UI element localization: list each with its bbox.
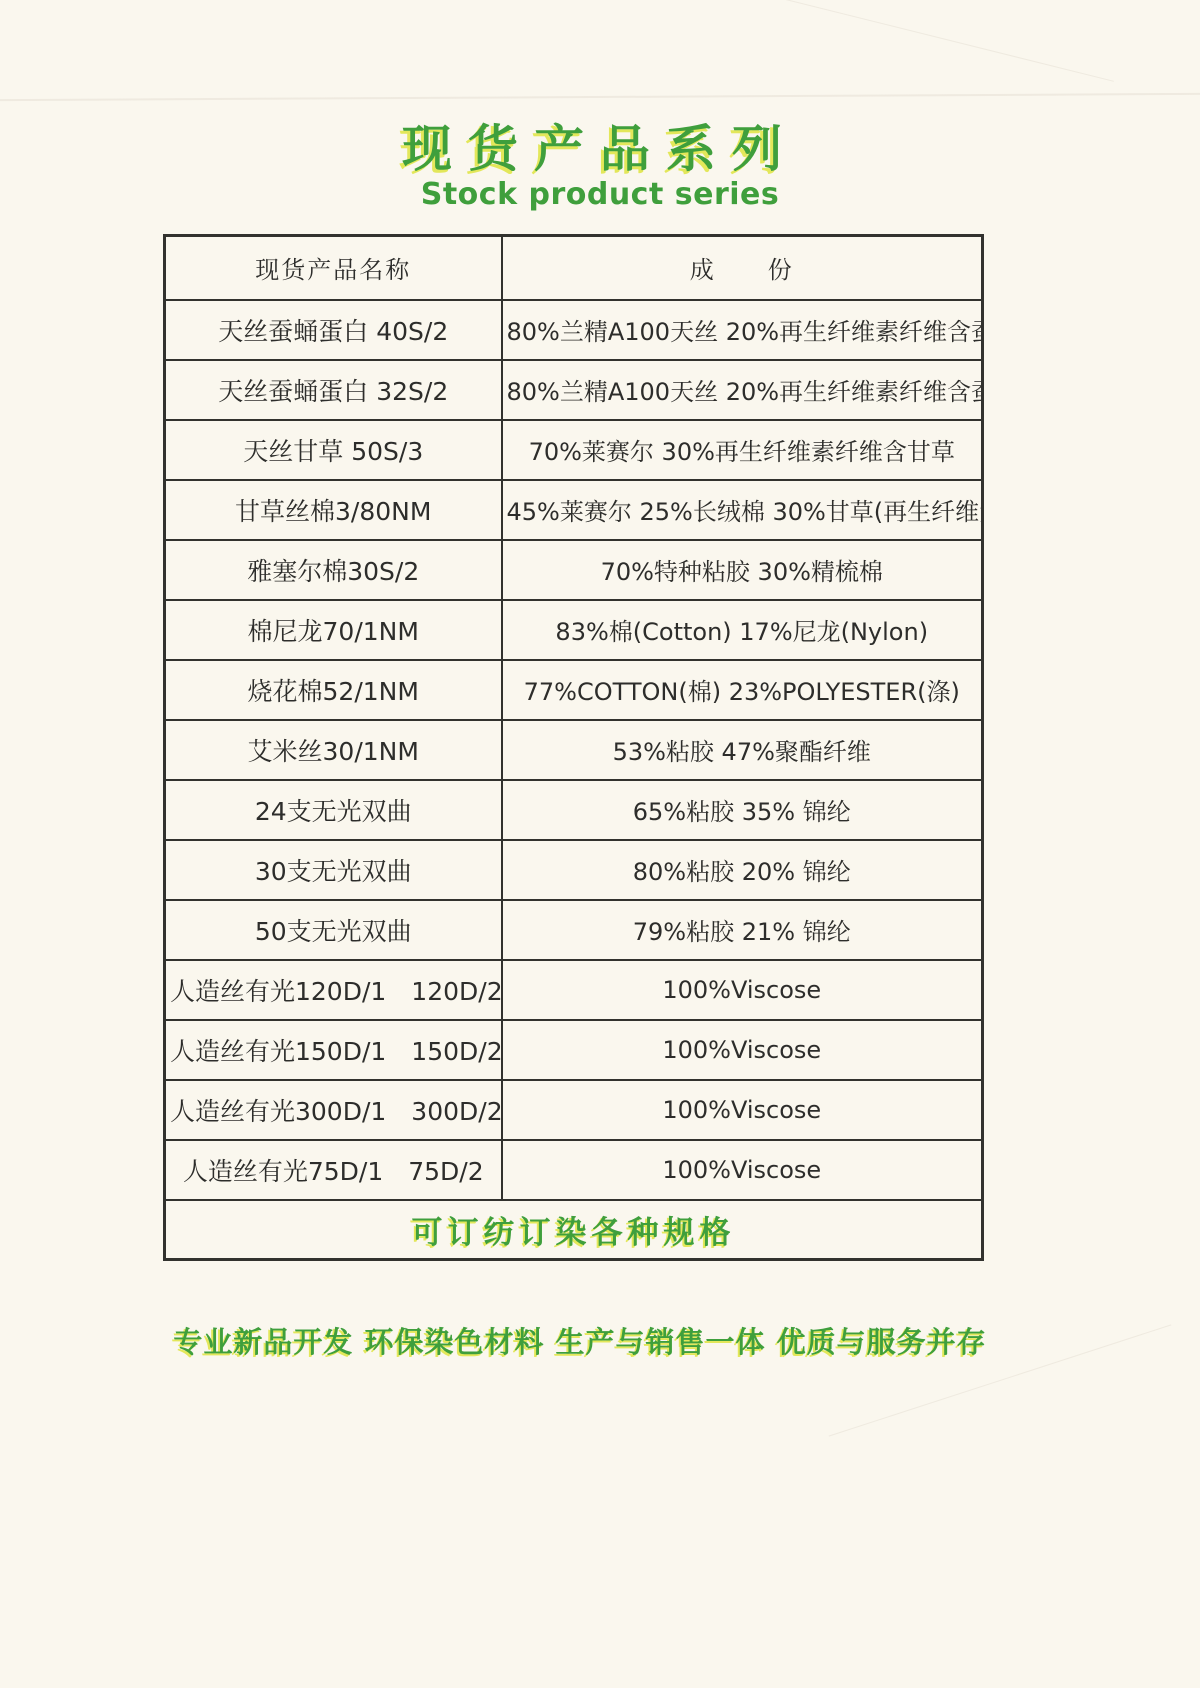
table-row: 人造丝有光300D/1 300D/2100%Viscose <box>165 1080 983 1140</box>
composition-cell: 79%粘胶 21% 锦纶 <box>502 900 983 960</box>
composition-cell: 77%COTTON(棉) 23%POLYESTER(涤) <box>502 660 983 720</box>
table-row: 天丝蚕蛹蛋白 32S/280%兰精A100天丝 20%再生纤维素纤维含蚕蛹蛋白 <box>165 360 983 420</box>
table-row: 人造丝有光75D/1 75D/2100%Viscose <box>165 1140 983 1200</box>
page-subtitle: Stock product series <box>0 180 1200 210</box>
table-row: 甘草丝棉3/80NM45%莱赛尔 25%长绒棉 30%甘草(再生纤维素纤维) <box>165 480 983 540</box>
product-name-cell: 棉尼龙70/1NM <box>165 600 502 660</box>
product-name-cell: 天丝蚕蛹蛋白 32S/2 <box>165 360 502 420</box>
composition-cell: 70%特种粘胶 30%精梳棉 <box>502 540 983 600</box>
paper-crease <box>0 93 1200 101</box>
table-row: 人造丝有光120D/1 120D/2100%Viscose <box>165 960 983 1020</box>
table-row: 50支无光双曲79%粘胶 21% 锦纶 <box>165 900 983 960</box>
column-header-composition: 成 份 <box>502 236 983 300</box>
composition-cell: 100%Viscose <box>502 960 983 1020</box>
table-row: 棉尼龙70/1NM83%棉(Cotton) 17%尼龙(Nylon) <box>165 600 983 660</box>
product-name-cell: 艾米丝30/1NM <box>165 720 502 780</box>
footer-note: 可订纺订染各种规格 <box>165 1200 983 1260</box>
page-title: 现货产品系列 <box>0 124 1200 174</box>
composition-cell: 83%棉(Cotton) 17%尼龙(Nylon) <box>502 600 983 660</box>
table-row: 雅塞尔棉30S/270%特种粘胶 30%精梳棉 <box>165 540 983 600</box>
composition-cell: 100%Viscose <box>502 1020 983 1080</box>
product-table-wrap: 现货产品名称 成 份 天丝蚕蛹蛋白 40S/280%兰精A100天丝 20%再生… <box>163 234 984 1261</box>
product-name-cell: 雅塞尔棉30S/2 <box>165 540 502 600</box>
product-name-cell: 天丝甘草 50S/3 <box>165 420 502 480</box>
bottom-tagline: 专业新品开发 环保染色材料 生产与销售一体 优质与服务并存 <box>0 1320 1160 1361</box>
paper-crease <box>706 0 1114 82</box>
composition-cell: 53%粘胶 47%聚酯纤维 <box>502 720 983 780</box>
table-body: 天丝蚕蛹蛋白 40S/280%兰精A100天丝 20%再生纤维素纤维含蚕蛹蛋白天… <box>165 300 983 1200</box>
composition-cell: 100%Viscose <box>502 1140 983 1200</box>
product-name-cell: 24支无光双曲 <box>165 780 502 840</box>
header-row: 现货产品名称 成 份 <box>165 236 983 300</box>
product-name-cell: 人造丝有光150D/1 150D/2 <box>165 1020 502 1080</box>
composition-cell: 65%粘胶 35% 锦纶 <box>502 780 983 840</box>
composition-cell: 80%兰精A100天丝 20%再生纤维素纤维含蚕蛹蛋白 <box>502 360 983 420</box>
table-row: 烧花棉52/1NM77%COTTON(棉) 23%POLYESTER(涤) <box>165 660 983 720</box>
product-name-cell: 30支无光双曲 <box>165 840 502 900</box>
product-name-cell: 天丝蚕蛹蛋白 40S/2 <box>165 300 502 360</box>
composition-cell: 80%兰精A100天丝 20%再生纤维素纤维含蚕蛹蛋白 <box>502 300 983 360</box>
composition-cell: 80%粘胶 20% 锦纶 <box>502 840 983 900</box>
product-name-cell: 人造丝有光120D/1 120D/2 <box>165 960 502 1020</box>
product-name-cell: 甘草丝棉3/80NM <box>165 480 502 540</box>
composition-cell: 45%莱赛尔 25%长绒棉 30%甘草(再生纤维素纤维) <box>502 480 983 540</box>
product-name-cell: 50支无光双曲 <box>165 900 502 960</box>
product-name-cell: 人造丝有光75D/1 75D/2 <box>165 1140 502 1200</box>
table-row: 人造丝有光150D/1 150D/2100%Viscose <box>165 1020 983 1080</box>
product-name-cell: 烧花棉52/1NM <box>165 660 502 720</box>
scanned-catalog-page: 现货产品系列 Stock product series 现货产品名称 成 份 天… <box>0 0 1200 1688</box>
composition-cell: 70%莱赛尔 30%再生纤维素纤维含甘草 <box>502 420 983 480</box>
table-foot: 可订纺订染各种规格 <box>165 1200 983 1260</box>
table-head: 现货产品名称 成 份 <box>165 236 983 300</box>
page-header: 现货产品系列 Stock product series <box>0 124 1200 210</box>
footer-row: 可订纺订染各种规格 <box>165 1200 983 1260</box>
table-row: 天丝甘草 50S/370%莱赛尔 30%再生纤维素纤维含甘草 <box>165 420 983 480</box>
table-row: 30支无光双曲80%粘胶 20% 锦纶 <box>165 840 983 900</box>
table-row: 天丝蚕蛹蛋白 40S/280%兰精A100天丝 20%再生纤维素纤维含蚕蛹蛋白 <box>165 300 983 360</box>
composition-cell: 100%Viscose <box>502 1080 983 1140</box>
product-table: 现货产品名称 成 份 天丝蚕蛹蛋白 40S/280%兰精A100天丝 20%再生… <box>163 234 984 1261</box>
table-row: 艾米丝30/1NM53%粘胶 47%聚酯纤维 <box>165 720 983 780</box>
product-name-cell: 人造丝有光300D/1 300D/2 <box>165 1080 502 1140</box>
table-row: 24支无光双曲65%粘胶 35% 锦纶 <box>165 780 983 840</box>
column-header-product-name: 现货产品名称 <box>165 236 502 300</box>
